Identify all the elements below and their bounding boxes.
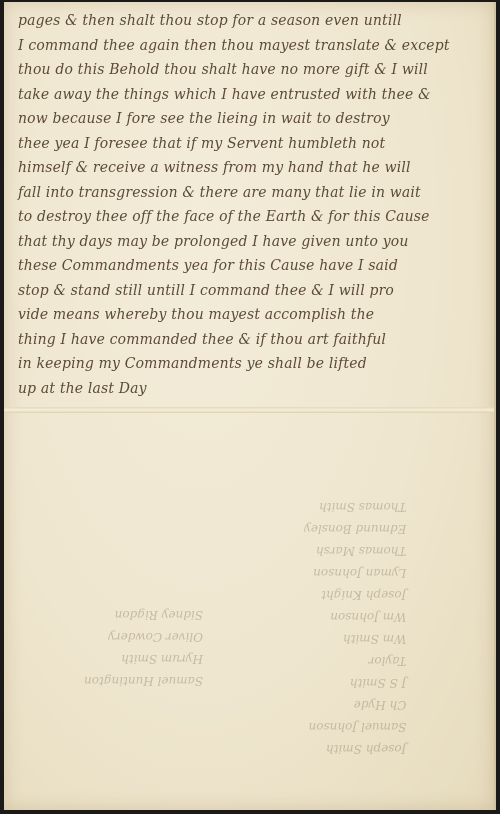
bleed-line: Lyman Johnson	[304, 558, 406, 580]
bleed-line: Hyrum Smith	[84, 644, 203, 666]
bleed-line: Joseph Knight	[304, 580, 406, 602]
bleed-line: Ch Hyde	[304, 690, 406, 712]
bleed-line: Samuel Huntington	[84, 666, 203, 688]
bleed-through-signatures-left: Samuel Huntington Hyrum Smith Oliver Cow…	[84, 600, 203, 688]
bleed-line: Joseph Smith	[304, 734, 406, 756]
text-line: thing I have commanded thee & if thou ar…	[18, 327, 455, 352]
bleed-line: Wm Smith	[304, 624, 406, 646]
text-line: himself & receive a witness from my hand…	[18, 155, 455, 180]
bleed-line: J S Smith	[304, 668, 406, 690]
text-line: pages & then shalt thou stop for a seaso…	[18, 8, 455, 33]
text-line: I command thee again then thou mayest tr…	[18, 33, 455, 58]
manuscript-text: pages & then shalt thou stop for a seaso…	[18, 8, 488, 400]
text-line: in keeping my Commandments ye shall be l…	[18, 351, 455, 376]
text-line: fall into transgression & there are many…	[18, 180, 455, 205]
page-fold-crease	[4, 407, 494, 413]
text-line: thou do this Behold thou shalt have no m…	[18, 57, 455, 82]
bleed-line: Sidney Rigdon	[84, 600, 203, 622]
text-line: up at the last Day	[18, 376, 455, 401]
bleed-line: Edmund Bonsley	[304, 514, 406, 536]
text-line: stop & stand still untill I command thee…	[18, 278, 455, 303]
text-line: that thy days may be prolonged I have gi…	[18, 229, 455, 254]
bleed-line: Samuel Johnson	[304, 712, 406, 734]
bleed-through-signatures-right: Joseph Smith Samuel Johnson Ch Hyde J S …	[304, 492, 406, 756]
manuscript-page: pages & then shalt thou stop for a seaso…	[4, 2, 496, 810]
text-line: take away the things which I have entrus…	[18, 82, 455, 107]
text-line: to destroy thee off the face of the Eart…	[18, 204, 455, 229]
bleed-line: Thomas Smith	[304, 492, 406, 514]
bleed-line: Taylor	[304, 646, 406, 668]
text-line: these Commandments yea for this Cause ha…	[18, 253, 455, 278]
text-line: vide means whereby thou mayest accomplis…	[18, 302, 455, 327]
bleed-line: Oliver Cowdery	[84, 622, 203, 644]
text-line: now because I fore see the lieing in wai…	[18, 106, 455, 131]
bleed-line: Thomas Marsh	[304, 536, 406, 558]
bleed-line: Wm Johnson	[304, 602, 406, 624]
text-line: thee yea I foresee that if my Servent hu…	[18, 131, 455, 156]
